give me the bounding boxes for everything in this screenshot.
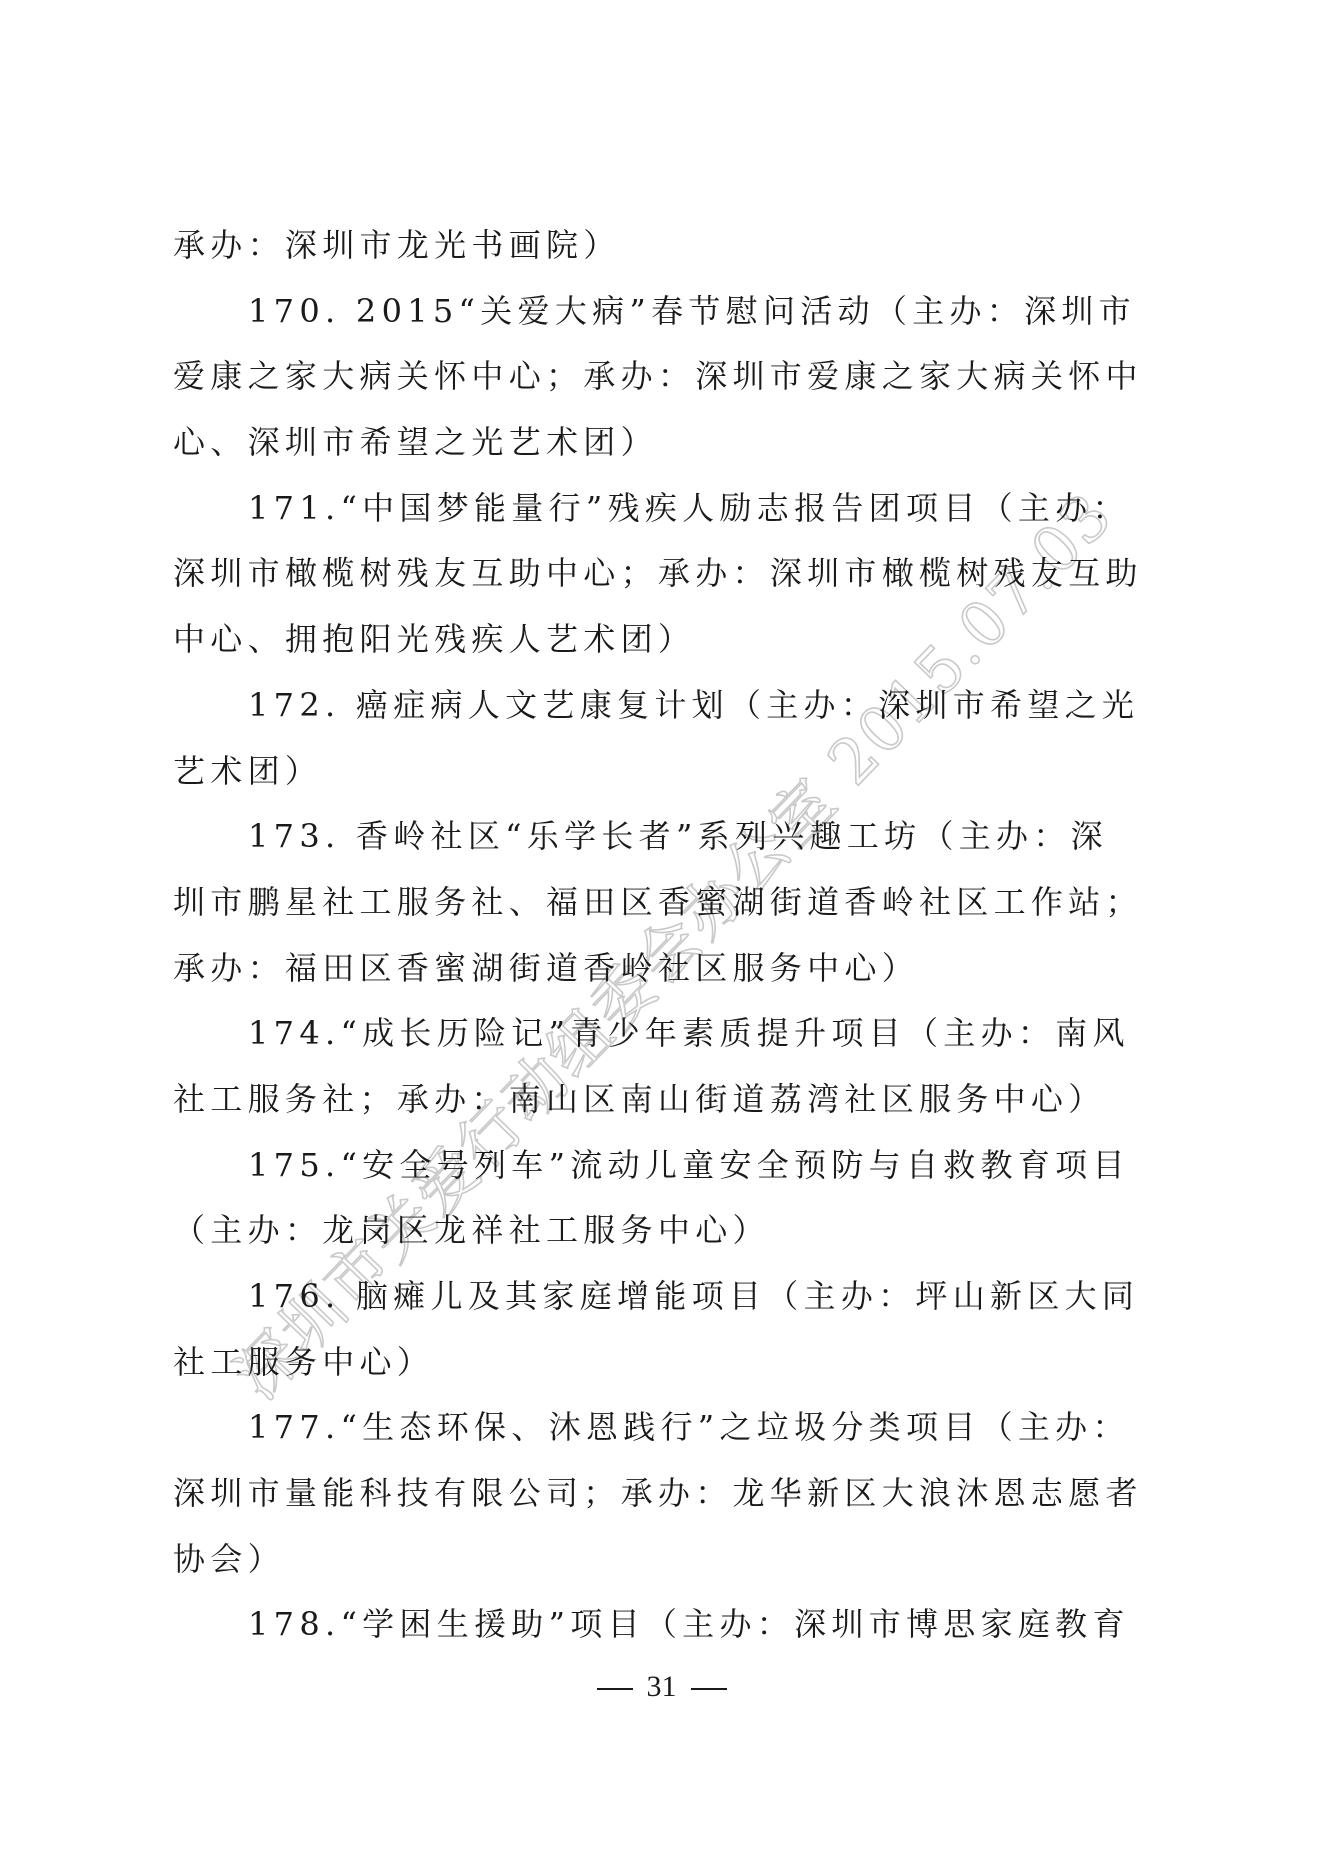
list-item-170: 170. 2015“关爱大病”春节慰问活动（主办：深圳市 [173, 279, 1163, 345]
text-line: 中心、拥抱阳光残疾人艺术团） [173, 607, 1163, 673]
text-line: 圳市鹏星社工服务社、福田区香蜜湖街道香岭社区工作站； [173, 870, 1163, 936]
text-line: 深圳市橄榄树残友互助中心；承办：深圳市橄榄树残友互助 [173, 541, 1163, 607]
text-line: 承办：福田区香蜜湖街道香岭社区服务中心） [173, 936, 1163, 1002]
text-line: 社工服务中心） [173, 1330, 1163, 1396]
page-footer: 31 [0, 1665, 1323, 1709]
text-line: 社工服务社；承办：南山区南山街道荔湾社区服务中心） [173, 1067, 1163, 1133]
footer-dash-left [597, 1688, 633, 1690]
text-line: 协会） [173, 1527, 1163, 1593]
list-item-172: 172. 癌症病人文艺康复计划（主办：深圳市希望之光 [173, 673, 1163, 739]
list-item-175: 175.“安全号列车”流动儿童安全预防与自救教育项目 [173, 1133, 1163, 1199]
document-body: 承办：深圳市龙光书画院） 170. 2015“关爱大病”春节慰问活动（主办：深圳… [173, 213, 1163, 1658]
list-item-171: 171.“中国梦能量行”残疾人励志报告团项目（主办： [173, 476, 1163, 542]
footer-dash-right [691, 1688, 727, 1690]
text-line: 承办：深圳市龙光书画院） [173, 213, 1163, 279]
text-line: 爱康之家大病关怀中心；承办：深圳市爱康之家大病关怀中 [173, 344, 1163, 410]
text-line: 心、深圳市希望之光艺术团） [173, 410, 1163, 476]
page-number: 31 [647, 1670, 677, 1703]
list-item-174: 174.“成长历险记”青少年素质提升项目（主办：南风 [173, 1001, 1163, 1067]
text-line: 艺术团） [173, 739, 1163, 805]
text-line: （主办：龙岗区龙祥社工服务中心） [173, 1198, 1163, 1264]
list-item-177: 177.“生态环保、沐恩践行”之垃圾分类项目（主办： [173, 1395, 1163, 1461]
list-item-176: 176. 脑瘫儿及其家庭增能项目（主办：坪山新区大同 [173, 1264, 1163, 1330]
list-item-173: 173. 香岭社区“乐学长者”系列兴趣工坊（主办：深 [173, 804, 1163, 870]
list-item-178: 178.“学困生援助”项目（主办：深圳市博思家庭教育 [173, 1592, 1163, 1658]
document-page: 深圳市关爱行动组委会办公室 2015.07.03 承办：深圳市龙光书画院） 17… [0, 0, 1323, 1871]
text-line: 深圳市量能科技有限公司；承办：龙华新区大浪沐恩志愿者 [173, 1461, 1163, 1527]
